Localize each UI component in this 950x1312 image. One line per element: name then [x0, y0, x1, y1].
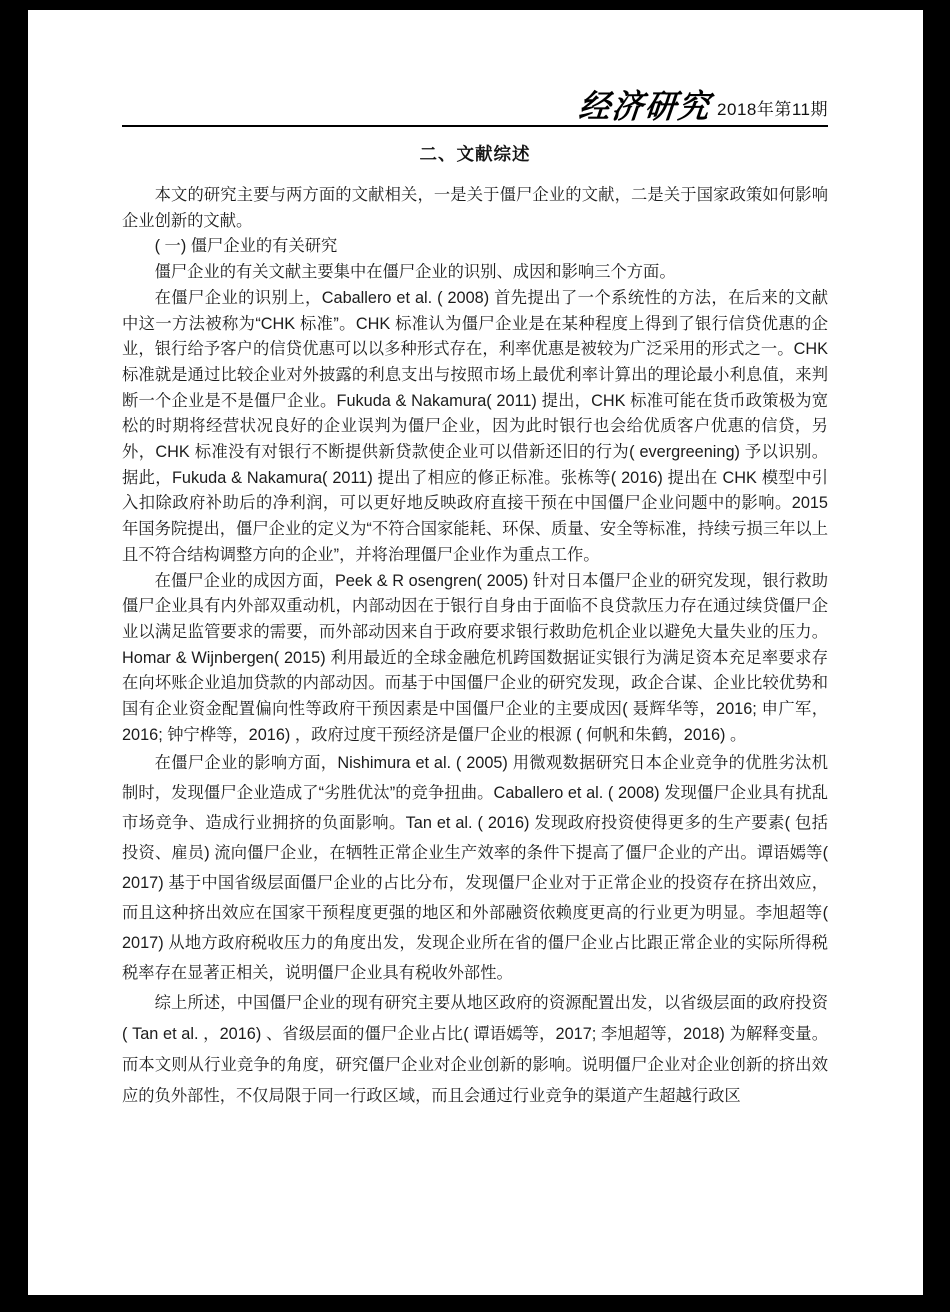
section-title: 二、文献综述 — [122, 141, 828, 167]
subsection-heading: ( 一) 僵尸企业的有关研究 — [122, 234, 828, 260]
document-page: 经济研究 2018年第11期 二、文献综述 本文的研究主要与两方面的文献相关，一… — [28, 10, 923, 1295]
paragraph-identification: 在僵尸企业的识别上，Caballero et al. ( 2008) 首先提出了… — [122, 286, 828, 569]
issue-label: 2018年第11期 — [717, 98, 828, 122]
paragraph-lead: 僵尸企业的有关文献主要集中在僵尸企业的识别、成因和影响三个方面。 — [122, 260, 828, 286]
viewer-letterbox: { "header": { "journal_name": "经济研究", "i… — [0, 0, 950, 1312]
journal-logo: 经济研究 — [577, 91, 712, 123]
paragraph-causes: 在僵尸企业的成因方面，Peek & R osengren( 2005) 针对日本… — [122, 569, 828, 749]
paragraph-intro: 本文的研究主要与两方面的文献相关，一是关于僵尸企业的文献，二是关于国家政策如何影… — [122, 183, 828, 234]
article-body: 本文的研究主要与两方面的文献相关，一是关于僵尸企业的文献，二是关于国家政策如何影… — [122, 183, 828, 1112]
paragraph-influence: 在僵尸企业的影响方面，Nishimura et al. ( 2005) 用微观数… — [122, 748, 828, 988]
page-header: 经济研究 2018年第11期 — [122, 10, 828, 127]
content-column: 经济研究 2018年第11期 二、文献综述 本文的研究主要与两方面的文献相关，一… — [122, 10, 828, 1112]
paragraph-summary: 综上所述，中国僵尸企业的现有研究主要从地区政府的资源配置出发，以省级层面的政府投… — [122, 988, 828, 1112]
